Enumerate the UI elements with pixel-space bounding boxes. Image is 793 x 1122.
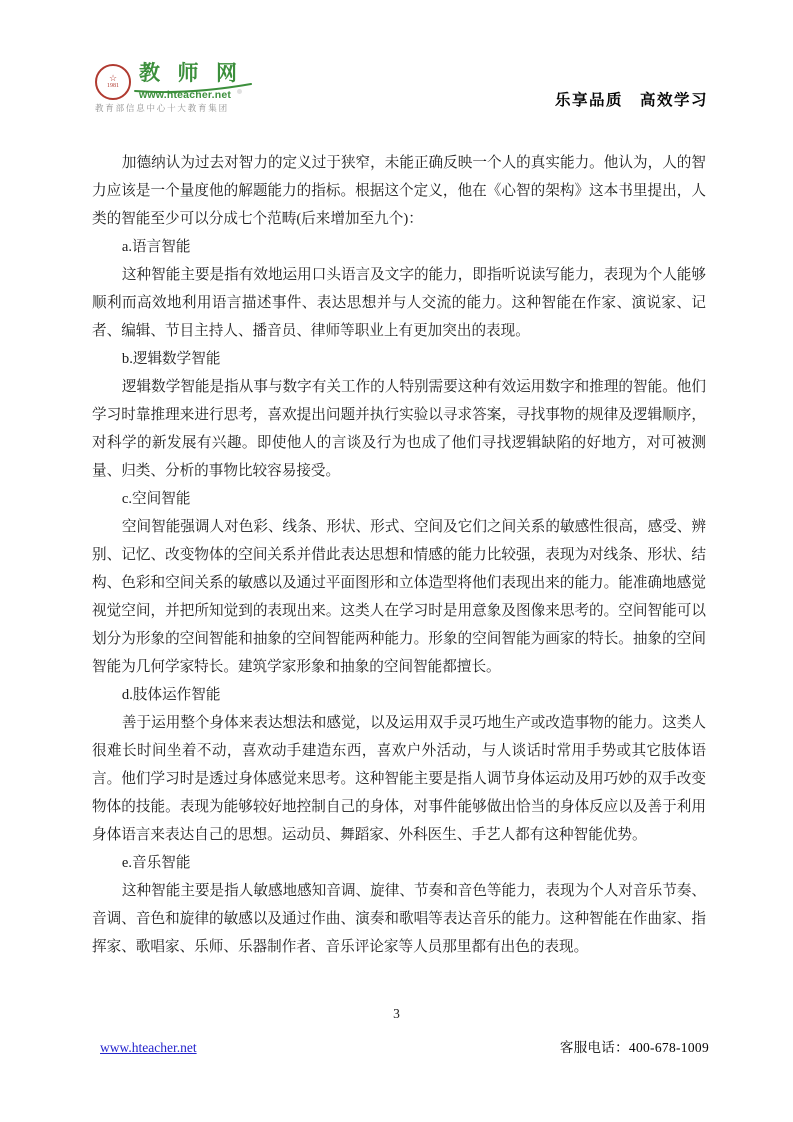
header-slogan: 乐享品质 高效学习	[555, 88, 708, 110]
section-paragraph-a: 这种智能主要是指有效地运用口头语言及文字的能力，即指听说读写能力，表现为个人能够…	[92, 261, 706, 345]
document-page: ☆ 1981 教 师 网 www.hteacher.net 教育部信息中心十大教…	[0, 0, 793, 1122]
section-heading-e: e.音乐智能	[92, 849, 706, 877]
intro-paragraph: 加德纳认为过去对智力的定义过于狭窄，未能正确反映一个人的真实能力。他认为，人的智…	[92, 149, 706, 233]
section-heading-a: a.语言智能	[92, 233, 706, 261]
seal-year: 1981	[107, 83, 119, 90]
page-number: 3	[0, 1006, 793, 1022]
brand-tagline: 教育部信息中心十大教育集团	[95, 102, 275, 114]
brand-title: 教 师 网	[139, 61, 237, 85]
section-paragraph-b: 逻辑数学智能是指从事与数字有关工作的人特别需要这种有效运用数字和推理的智能。他们…	[92, 373, 706, 485]
brand-char: 网	[216, 61, 237, 85]
brand-char: 教	[139, 61, 160, 85]
section-paragraph-c: 空间智能强调人对色彩、线条、形状、形式、空间及它们之间关系的敏感性很高，感受、辨…	[92, 513, 706, 681]
faint-dot	[237, 89, 242, 94]
footer: www.hteacher.net 客服电话：400-678-1009	[100, 1036, 709, 1056]
section-heading-d: d.肢体运作智能	[92, 681, 706, 709]
section-heading-c: c.空间智能	[92, 485, 706, 513]
seal-book-icon: ☆	[109, 74, 117, 83]
seal-logo-icon: ☆ 1981	[95, 64, 131, 100]
brand-char: 师	[178, 61, 199, 85]
footer-site-link[interactable]: www.hteacher.net	[100, 1040, 197, 1056]
section-heading-b: b.逻辑数学智能	[92, 345, 706, 373]
footer-phone-label: 客服电话：400-678-1009	[560, 1036, 709, 1056]
section-paragraph-e: 这种智能主要是指人敏感地感知音调、旋律、节奏和音色等能力，表现为个人对音乐节奏、…	[92, 877, 706, 961]
section-paragraph-d: 善于运用整个身体来表达想法和感觉，以及运用双手灵巧地生产或改造事物的能力。这类人…	[92, 709, 706, 849]
logo-swoosh-icon	[133, 83, 253, 93]
document-body: 加德纳认为过去对智力的定义过于狭窄，未能正确反映一个人的真实能力。他认为，人的智…	[92, 149, 706, 961]
